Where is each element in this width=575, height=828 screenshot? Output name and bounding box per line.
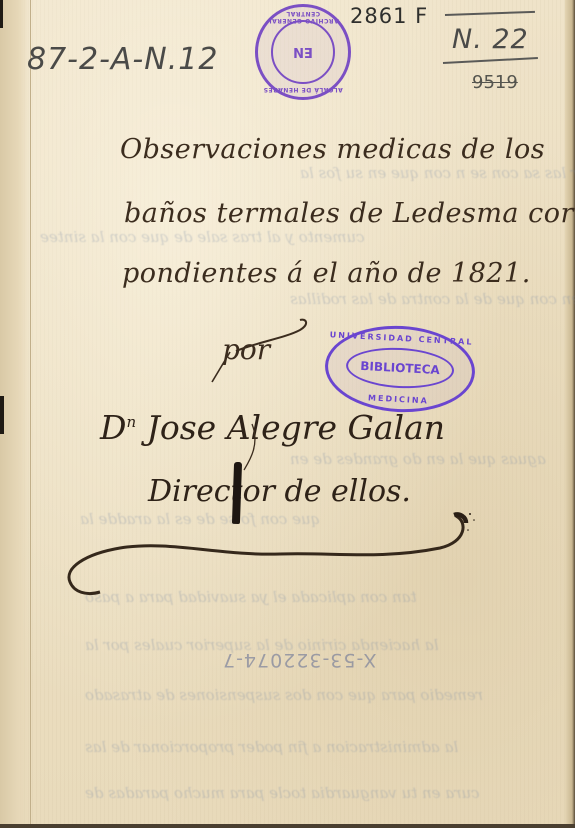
pen-flourish-icon — [0, 0, 575, 828]
manuscript-page: ser las sa con se n con que en su fos la… — [0, 0, 575, 828]
